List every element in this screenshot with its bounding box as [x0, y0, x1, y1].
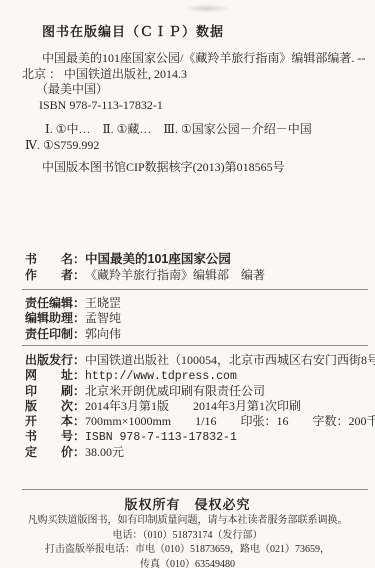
- copyright-block: 版权所有 侵权必究: [0, 496, 375, 513]
- publication-value: 38.00元: [85, 445, 124, 459]
- publication-label: 定 价：: [25, 445, 85, 460]
- publication-value: 北京米开朗优威印刷有限责任公司: [85, 384, 265, 398]
- cip-record-line: 中国最美的101座国家公园/《藏羚羊旅行指南》编辑部编著. --: [22, 51, 375, 67]
- notice-line: 打击盗版举报电话：市电（010）51873659，路电（021）73659，: [0, 543, 375, 558]
- classification-line: Ⅰ. ①中… Ⅱ. ①藏… Ⅲ. ①国家公园－介绍－中国: [25, 122, 375, 138]
- staff-row: 责任印制：郭向伟: [25, 327, 375, 343]
- notice-line: 传真（010）63549480: [0, 558, 375, 568]
- publication-label: 开 本：: [25, 414, 85, 429]
- publication-label: 出版发行：: [25, 353, 85, 368]
- publication-value-isbn: ISBN 978-7-113-17832-1: [85, 431, 237, 444]
- notice-line: 凡购买铁道版图书，如有印制质量问题，请与本社读者服务部联系调换。: [0, 514, 375, 529]
- book-author-row: 作 者：《藏羚羊旅行指南》编辑部 编著: [25, 267, 375, 284]
- staff-value: 郭向伟: [85, 327, 121, 341]
- book-title-label: 书 名：: [25, 251, 85, 268]
- book-copyright-page: 图书在版编目（ＣＩＰ）数据 中国最美的101座国家公园/《藏羚羊旅行指南》编辑部…: [0, 0, 375, 568]
- cip-record-line: 北京 ： 中国铁道出版社, 2014.3: [22, 67, 375, 83]
- cip-heading: 图书在版编目（ＣＩＰ）数据: [42, 23, 375, 40]
- staff-block: 责任编辑：王晓罡 编辑助理：孟智纯 责任印制：郭向伟: [25, 296, 375, 343]
- book-title-row: 书 名：中国最美的101座国家公园: [25, 251, 375, 268]
- book-author-value: 《藏羚羊旅行指南》编辑部 编著: [85, 268, 265, 282]
- staff-row: 责任编辑：王晓罡: [25, 296, 375, 312]
- staff-label: 责任编辑：: [25, 296, 85, 312]
- notice-line: 电话：（010）51873174（发行部）: [0, 529, 375, 544]
- classification-line: Ⅳ. ①S759.992: [25, 138, 375, 154]
- notice-block: 凡购买铁道版图书，如有印制质量问题，请与本社读者服务部联系调换。 电话：（010…: [0, 514, 375, 568]
- staff-value: 孟智纯: [85, 311, 121, 325]
- publication-value-url: http://www.tdpress.com: [85, 370, 237, 383]
- divider-line: [22, 289, 368, 290]
- book-title-value: 中国最美的101座国家公园: [85, 252, 231, 266]
- staff-row: 编辑助理：孟智纯: [25, 311, 375, 327]
- publication-row: 印 刷：北京米开朗优威印刷有限责任公司: [25, 384, 375, 399]
- divider-line: [22, 489, 368, 490]
- copyright-heading: 版权所有 侵权必究: [0, 496, 375, 513]
- publication-label: 印 刷：: [25, 384, 85, 399]
- book-info-block: 书 名：中国最美的101座国家公园 作 者：《藏羚羊旅行指南》编辑部 编著: [25, 251, 375, 284]
- staff-label: 编辑助理：: [25, 311, 85, 327]
- publication-value: 700mm×1000mm 1/16 印张：16 字数：200千: [85, 414, 375, 428]
- scan-smudge: [183, 4, 231, 13]
- publication-block: 出版发行：中国铁道出版社（100054，北京市西城区右安门西街8号） 网 址：h…: [25, 353, 375, 460]
- publication-value: 2014年3月第1版 2014年3月第1次印刷: [85, 399, 301, 413]
- cip-classification-block: Ⅰ. ①中… Ⅱ. ①藏… Ⅲ. ①国家公园－介绍－中国 Ⅳ. ①S759.99…: [25, 122, 375, 153]
- cip-registry-line: 中国版本图书馆CIP数据核字(2013)第018565号: [42, 160, 375, 176]
- publication-value: 中国铁道出版社（100054，北京市西城区右安门西街8号）: [85, 353, 375, 367]
- publication-row: 网 址：http://www.tdpress.com: [25, 368, 375, 384]
- cip-series-line: （最美中国）: [22, 82, 375, 98]
- publication-label: 版 次：: [25, 399, 85, 414]
- book-author-label: 作 者：: [25, 267, 85, 284]
- publication-row: 书 号：ISBN 978-7-113-17832-1: [25, 429, 375, 445]
- cip-isbn-line: ISBN 978-7-113-17832-1: [22, 98, 375, 114]
- divider-line: [22, 345, 368, 346]
- publication-row: 开 本：700mm×1000mm 1/16 印张：16 字数：200千: [25, 414, 375, 429]
- publication-row: 定 价：38.00元: [25, 445, 375, 460]
- publication-row: 出版发行：中国铁道出版社（100054，北京市西城区右安门西街8号）: [25, 353, 375, 368]
- staff-value: 王晓罡: [85, 296, 121, 310]
- publication-row: 版 次：2014年3月第1版 2014年3月第1次印刷: [25, 399, 375, 414]
- publication-label: 网 址：: [25, 368, 85, 383]
- cip-record-block: 中国最美的101座国家公园/《藏羚羊旅行指南》编辑部编著. -- 北京 ： 中国…: [22, 51, 375, 113]
- publication-label: 书 号：: [25, 429, 85, 444]
- staff-label: 责任印制：: [25, 327, 85, 343]
